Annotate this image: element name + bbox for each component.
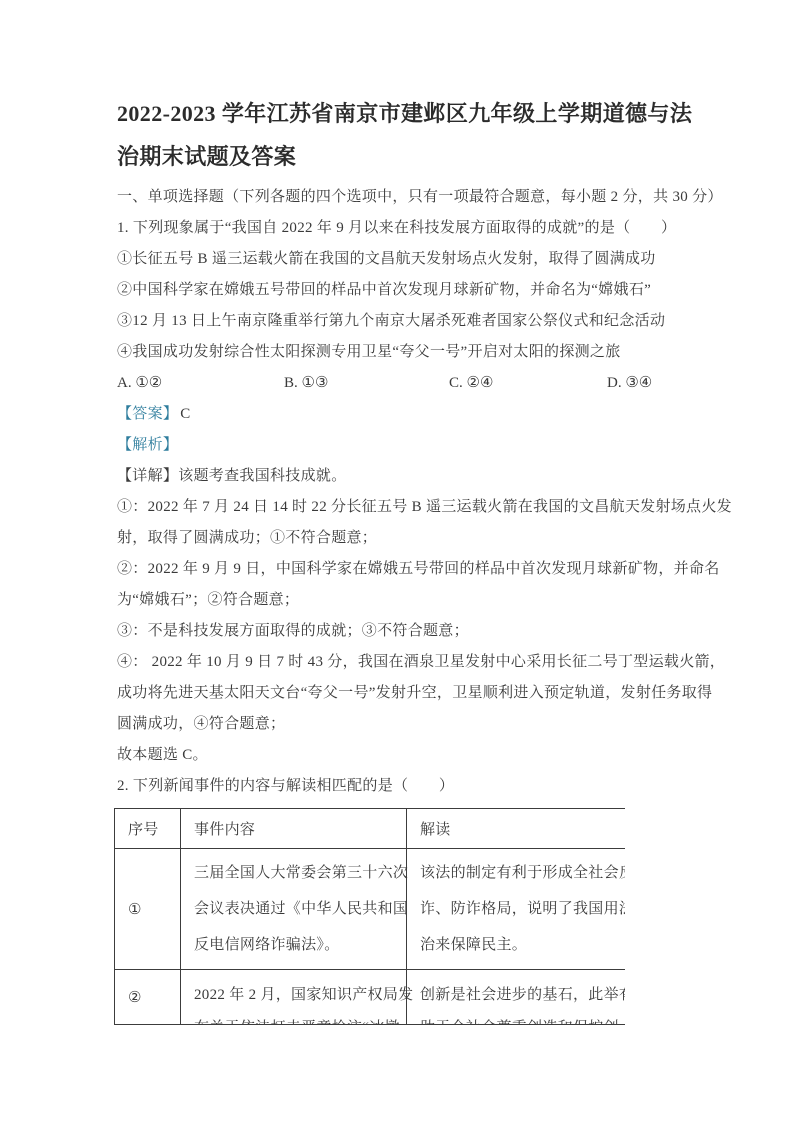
- question-1-detail-line-4: ②：2022 年 9 月 9 日，中国科学家在嫦娥五号带回的样品中首次发现月球新…: [117, 554, 685, 585]
- question-1-detail-line-1: 【详解】该题考查我国科技成就。: [117, 461, 685, 492]
- question-1-statement-2: ②中国科学家在嫦娥五号带回的样品中首次发现月球新矿物，并命名为“嫦娥石”: [117, 275, 685, 306]
- table-header-no: 序号: [115, 809, 181, 849]
- row-2-event-cell: 2022 年 2 月，国家知识产权局发 布关于依法打击恶意抢注“冰墩: [181, 970, 407, 1026]
- document-content: 2022-2023 学年江苏省南京市建邺区九年级上学期道德与法 治期末试题及答案…: [117, 92, 685, 1025]
- table-row-1: ① 三届全国人大常委会第三十六次 会议表决通过《中华人民共和国 反电信网络诈骗法…: [115, 849, 626, 970]
- question-1-detail-line-3: 射，取得了圆满成功；①不符合题意；: [117, 523, 685, 554]
- row-2-no-cell: ②: [115, 970, 181, 1026]
- answer-value: C: [178, 406, 190, 422]
- question-1-option-b: B. ①③: [284, 368, 328, 399]
- question-1-answer-line: 【答案】C: [117, 399, 685, 430]
- cell-line: 该法的制定有利于形成全社会反: [420, 855, 612, 891]
- question-2-table-container: 序号 事件内容 解读 ① 三届全国人大常委会第三十六次 会议表决通过《中华人民共…: [114, 808, 625, 1025]
- question-1-analysis-line: 【解析】: [117, 430, 685, 461]
- question-1-option-a: A. ①②: [117, 368, 162, 399]
- question-1-detail-line-10: 故本题选 C。: [117, 740, 685, 771]
- cell-line: 创新是社会进步的基石，此举有: [420, 979, 612, 1012]
- row-2-interpretation-cell: 创新是社会进步的基石，此举有 助于全社会尊重创造和保护创: [407, 970, 626, 1026]
- question-1-detail-line-6: ③：不是科技发展方面取得的成就；③不符合题意；: [117, 616, 685, 647]
- table-header-event: 事件内容: [181, 809, 407, 849]
- question-1-detail-line-9: 圆满成功，④符合题意；: [117, 709, 685, 740]
- question-1-statement-1: ①长征五号 B 遥三运载火箭在我国的文昌航天发射场点火发射，取得了圆满成功: [117, 244, 685, 275]
- row-1-interpretation-cell: 该法的制定有利于形成全社会反 诈、防诈格局，说明了我国用法 治来保障民主。: [407, 849, 626, 970]
- document-page: 2022-2023 学年江苏省南京市建邺区九年级上学期道德与法 治期末试题及答案…: [0, 0, 793, 1122]
- question-1-option-d: D. ③④: [607, 368, 652, 399]
- row-1-no-cell: ①: [115, 849, 181, 970]
- row-1-event-cell: 三届全国人大常委会第三十六次 会议表决通过《中华人民共和国 反电信网络诈骗法》。: [181, 849, 407, 970]
- question-1-detail-line-7: ④： 2022 年 10 月 9 日 7 时 43 分，我国在酒泉卫星发射中心采…: [117, 647, 685, 678]
- table-header-row: 序号 事件内容 解读: [115, 809, 626, 849]
- cell-line: 三届全国人大常委会第三十六次: [194, 855, 393, 891]
- analysis-label: 【解析】: [117, 437, 178, 453]
- question-2-stem: 2. 下列新闻事件的内容与解读相匹配的是（ ）: [117, 771, 685, 802]
- question-1-detail-line-5: 为“嫦娥石”；②符合题意；: [117, 585, 685, 616]
- question-1-statement-3: ③12 月 13 日上午南京隆重举行第九个南京大屠杀死难者国家公祭仪式和纪念活动: [117, 306, 685, 337]
- question-1-options: A. ①② B. ①③ C. ②④ D. ③④: [117, 368, 685, 399]
- cell-line: 治来保障民主。: [420, 927, 612, 963]
- question-2-table: 序号 事件内容 解读 ① 三届全国人大常委会第三十六次 会议表决通过《中华人民共…: [114, 808, 625, 1025]
- cell-line: 2022 年 2 月，国家知识产权局发: [194, 979, 393, 1012]
- question-1-detail-line-8: 成功将先进天基太阳天文台“夸父一号”发射升空，卫星顺利进入预定轨道，发射任务取得: [117, 678, 685, 709]
- cell-line: 诈、防诈格局，说明了我国用法: [420, 891, 612, 927]
- question-1-option-c: C. ②④: [449, 368, 493, 399]
- answer-label: 【答案】: [117, 406, 178, 422]
- question-1-stem: 1. 下列现象属于“我国自 2022 年 9 月以来在科技发展方面取得的成就”的…: [117, 213, 685, 244]
- section-1-heading: 一、单项选择题（下列各题的四个选项中，只有一项最符合题意，每小题 2 分，共 3…: [117, 182, 685, 213]
- table-header-interpretation: 解读: [407, 809, 626, 849]
- cell-line: 助于全社会尊重创造和保护创: [420, 1012, 612, 1025]
- document-title: 2022-2023 学年江苏省南京市建邺区九年级上学期道德与法 治期末试题及答案: [117, 92, 685, 178]
- title-line-2: 治期末试题及答案: [117, 135, 685, 178]
- cell-line: 布关于依法打击恶意抢注“冰墩: [194, 1012, 393, 1025]
- table-row-2: ② 2022 年 2 月，国家知识产权局发 布关于依法打击恶意抢注“冰墩 创新是…: [115, 970, 626, 1026]
- cell-line: 会议表决通过《中华人民共和国: [194, 891, 393, 927]
- cell-line: 反电信网络诈骗法》。: [194, 927, 393, 963]
- title-line-1: 2022-2023 学年江苏省南京市建邺区九年级上学期道德与法: [117, 92, 685, 135]
- question-1-statement-4: ④我国成功发射综合性太阳探测专用卫星“夸父一号”开启对太阳的探测之旅: [117, 337, 685, 368]
- question-1-detail-line-2: ①：2022 年 7 月 24 日 14 时 22 分长征五号 B 遥三运载火箭…: [117, 492, 685, 523]
